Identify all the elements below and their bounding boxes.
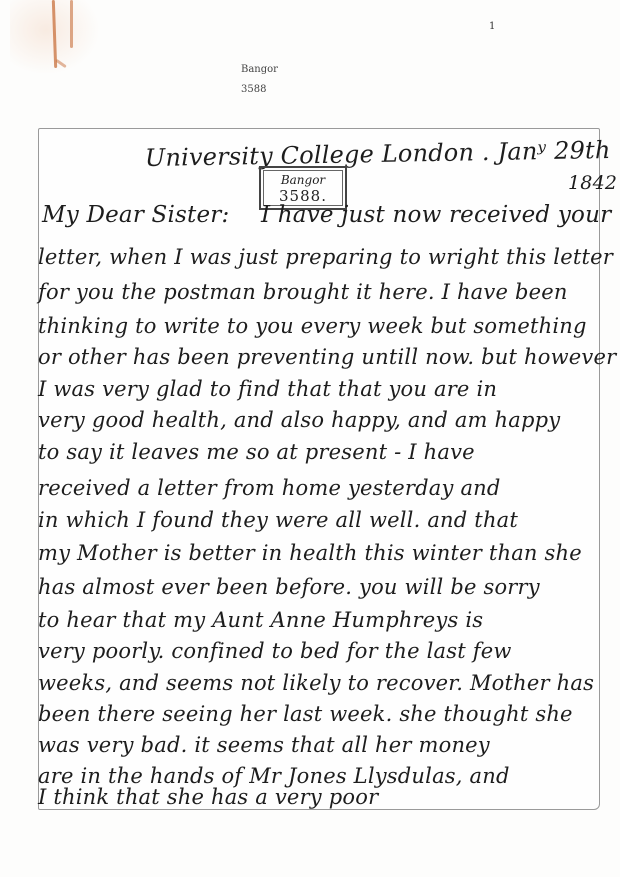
stamp-collection: Bangor — [264, 172, 342, 188]
letter-line: been there seeing her last week. she tho… — [38, 702, 598, 726]
archive-item-number: 3588 — [241, 80, 278, 100]
letter-line: in which I found they were all well. and… — [38, 508, 598, 532]
rust-stain — [70, 0, 73, 48]
letter-line: to say it leaves me so at present - I ha… — [38, 440, 598, 464]
letter-line: received a letter from home yesterday an… — [38, 476, 598, 500]
letter-line: thinking to write to you every week but … — [38, 314, 598, 338]
letter-line: to hear that my Aunt Anne Humphreys is — [38, 608, 598, 632]
letter-line: I think that she has a very poor — [38, 785, 598, 809]
page-number: 1 — [489, 21, 495, 32]
letter-line: my Mother is better in health this winte… — [38, 541, 598, 565]
letter-line: I was very glad to find that that you ar… — [38, 377, 598, 401]
letter-line: weeks, and seems not likely to recover. … — [38, 671, 598, 695]
archive-label: Bangor 3588 — [241, 60, 278, 100]
letter-line: or other has been preventing untill now.… — [38, 345, 598, 369]
letter-line: has almost ever been before. you will be… — [38, 575, 598, 599]
salutation: My Dear Sister: I have just now received… — [42, 202, 611, 228]
salutation-text: My Dear Sister: — [42, 202, 229, 228]
letter-first-line: I have just now received your — [261, 202, 611, 228]
letter-line: letter, when I was just preparing to wri… — [38, 245, 598, 269]
letter-line: for you the postman brought it here. I h… — [38, 280, 598, 304]
letter-line: was very bad. it seems that all her mone… — [38, 733, 598, 757]
letter-line: very good health, and also happy, and am… — [38, 408, 598, 432]
letter-year: 1842 — [568, 172, 617, 194]
archive-collection: Bangor — [241, 60, 278, 80]
letter-line: very poorly. confined to bed for the las… — [38, 639, 598, 663]
